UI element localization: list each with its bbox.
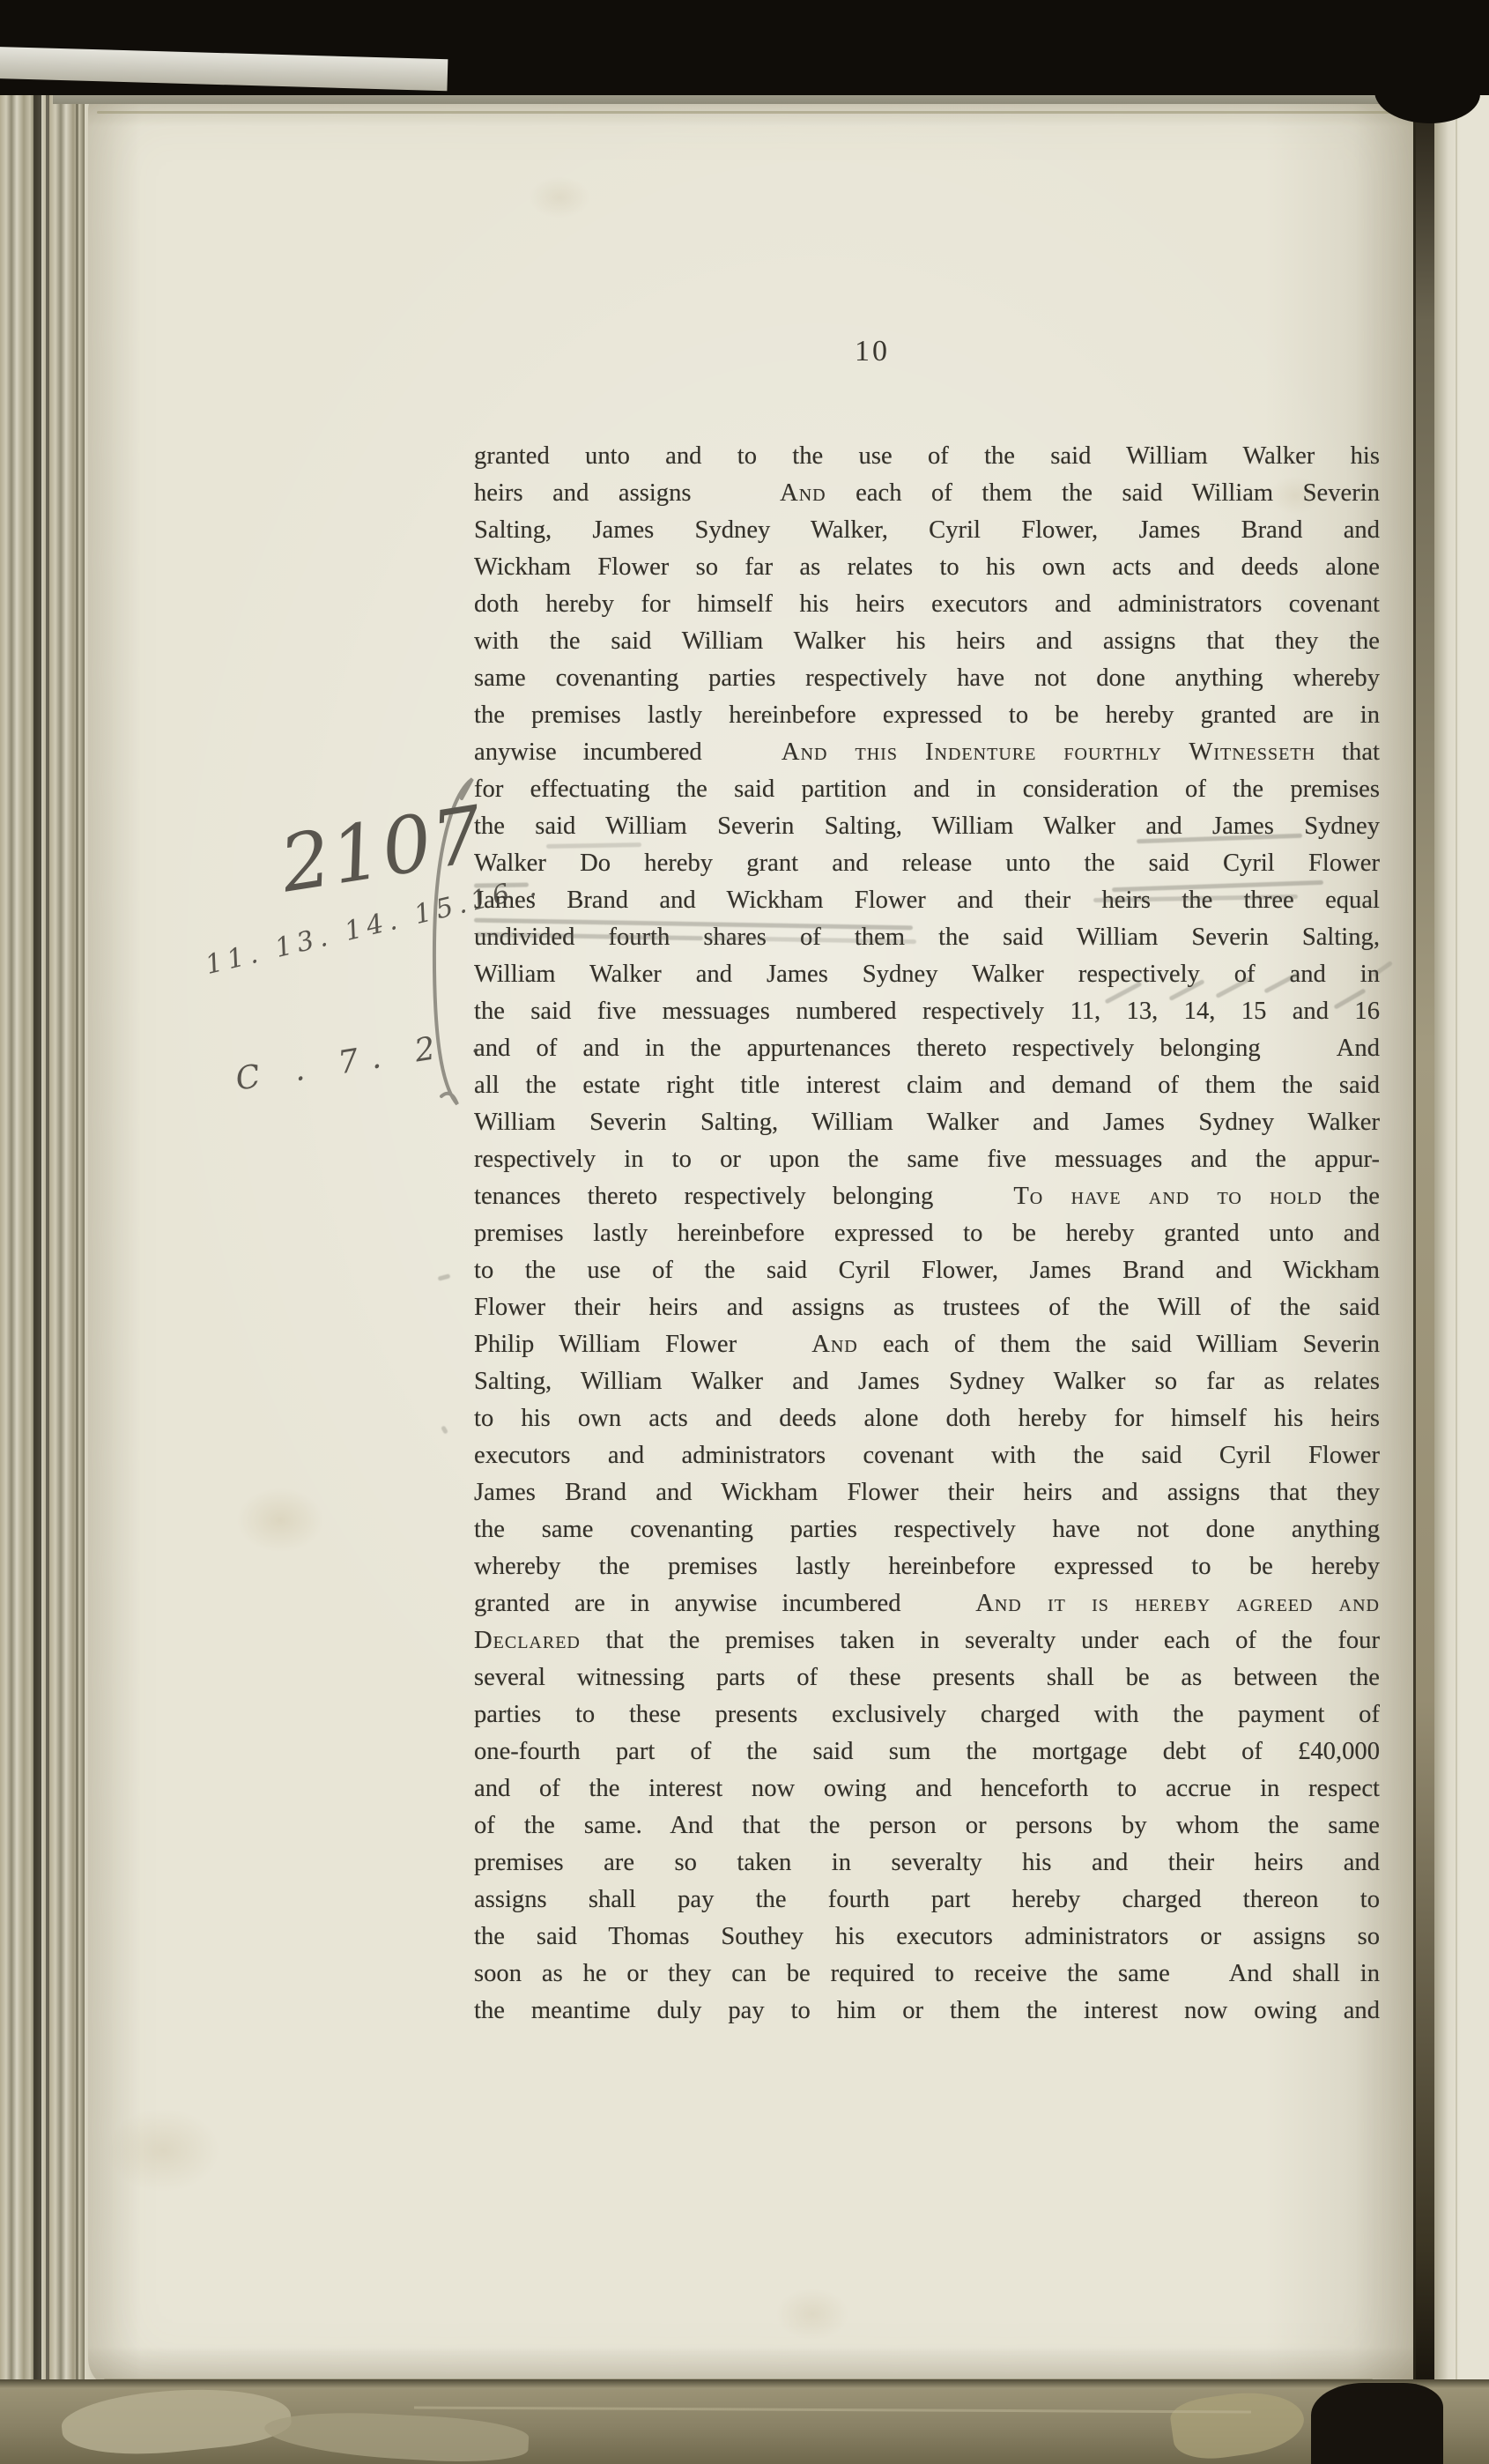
text-segment: Salting, William Walker and James Sydney… <box>474 1368 1380 1395</box>
text-segment: granted are in anywise incumbered <box>474 1590 975 1617</box>
text-segment: anywise incumbered <box>474 738 782 766</box>
text-line: and of and in the appurtenances thereto … <box>474 1030 1380 1067</box>
text-line: Salting, James Sydney Walker, Cyril Flow… <box>474 512 1380 549</box>
text-segment: the said Thomas Southey his executors ad… <box>474 1923 1380 1950</box>
facing-page-edge <box>1434 93 1489 2393</box>
text-segment: each of them the said William Severin <box>826 479 1380 507</box>
text-segment: all the estate right title interest clai… <box>474 1072 1380 1099</box>
text-segment: that the premises taken in severalty und… <box>581 1627 1380 1654</box>
text-line: granted unto and to the use of the said … <box>474 438 1380 475</box>
text-line: for effectuating the said partition and … <box>474 771 1380 808</box>
text-line: anywise incumbered And this Indenture fo… <box>474 734 1380 771</box>
text-line: Philip William Flower And each of them t… <box>474 1326 1380 1363</box>
page-edge-shadow-line <box>33 51 41 2413</box>
page-edge-shadow-line <box>76 51 78 2413</box>
text-line: Flower their heirs and assigns as truste… <box>474 1289 1380 1326</box>
text-line: Wickham Flower so far as relates to his … <box>474 549 1380 586</box>
text-line: Walker Do hereby grant and release unto … <box>474 845 1380 882</box>
scanned-book-photo: 10 granted unto and to the use of the sa… <box>0 0 1489 2464</box>
smallcaps-phrase: And it is hereby agreed and <box>975 1590 1380 1617</box>
text-segment: granted unto and to the use of the said … <box>474 442 1380 470</box>
text-segment: each of them the said William Severin <box>858 1331 1380 1358</box>
text-segment: the same covenanting parties respectivel… <box>474 1516 1380 1543</box>
text-line: granted are in anywise incumbered And it… <box>474 1585 1380 1622</box>
text-line: executors and administrators covenant wi… <box>474 1437 1380 1474</box>
page-top-edge-seam <box>97 111 1401 114</box>
dark-backdrop-curve <box>1374 62 1480 123</box>
text-segment: respectively in to or upon the same five… <box>474 1146 1380 1173</box>
text-line: with the said William Walker his heirs a… <box>474 623 1380 660</box>
smallcaps-phrase: And <box>811 1331 858 1358</box>
book-gutter-shadow <box>1413 92 1437 2388</box>
text-line: to his own acts and deeds alone doth her… <box>474 1400 1380 1437</box>
text-segment: the <box>1322 1183 1380 1210</box>
text-segment: and of and in the appurtenances thereto … <box>474 1035 1380 1062</box>
text-line: to the use of the said Cyril Flower, Jam… <box>474 1252 1380 1289</box>
text-segment: the premises lastly hereinbefore express… <box>474 701 1380 729</box>
text-segment: doth hereby for himself his heirs execut… <box>474 590 1380 618</box>
text-line: Salting, William Walker and James Sydney… <box>474 1363 1380 1400</box>
text-line: the same covenanting parties respectivel… <box>474 1511 1380 1548</box>
page-edge-shadow-line <box>46 51 49 2413</box>
text-line: William Walker and James Sydney Walker r… <box>474 956 1380 993</box>
text-line: of the same. And that the person or pers… <box>474 1807 1380 1844</box>
text-line: same covenanting parties respectively ha… <box>474 660 1380 697</box>
facing-page-edge-line <box>1456 93 1457 2393</box>
text-segment: with the said William Walker his heirs a… <box>474 627 1380 655</box>
text-segment: for effectuating the said partition and … <box>474 776 1380 803</box>
text-segment: the said five messuages numbered respect… <box>474 998 1380 1025</box>
text-segment: Salting, James Sydney Walker, Cyril Flow… <box>474 516 1380 544</box>
left-page-edge-stack <box>0 51 99 2413</box>
text-segment: heirs and assigns <box>474 479 780 507</box>
text-segment: William Severin Salting, William Walker … <box>474 1109 1380 1136</box>
text-line: parties to these presents exclusively ch… <box>474 1696 1380 1733</box>
text-segment: to his own acts and deeds alone doth her… <box>474 1405 1380 1432</box>
text-segment: of the same. And that the person or pers… <box>474 1812 1380 1839</box>
text-segment: executors and administrators covenant wi… <box>474 1442 1380 1469</box>
text-segment: parties to these presents exclusively ch… <box>474 1701 1380 1728</box>
text-segment: premises lastly hereinbefore expressed t… <box>474 1220 1380 1247</box>
text-line: several witnessing parts of these presen… <box>474 1659 1380 1696</box>
text-segment: premises are so taken in severalty his a… <box>474 1849 1380 1876</box>
text-segment: one-fourth part of the said sum the mort… <box>474 1738 1380 1765</box>
text-segment: Wickham Flower so far as relates to his … <box>474 553 1380 581</box>
text-segment: the meantime duly pay to him or them the… <box>474 1997 1380 2024</box>
text-segment: whereby the premises lastly hereinbefore… <box>474 1553 1380 1580</box>
text-segment: Flower their heirs and assigns as truste… <box>474 1294 1380 1321</box>
page-number: 10 <box>819 335 925 368</box>
smallcaps-phrase: Declared <box>474 1627 581 1654</box>
text-line: James Brand and Wickham Flower their hei… <box>474 1474 1380 1511</box>
text-line: Declared that the premises taken in seve… <box>474 1622 1380 1659</box>
text-line: the said Thomas Southey his executors ad… <box>474 1919 1380 1956</box>
text-segment: same covenanting parties respectively ha… <box>474 664 1380 692</box>
text-line: the meantime duly pay to him or them the… <box>474 1993 1380 2030</box>
smallcaps-phrase: To have and to hold <box>1013 1183 1322 1210</box>
smallcaps-phrase: And <box>780 479 826 507</box>
text-segment: that <box>1315 738 1380 766</box>
text-line: premises lastly hereinbefore expressed t… <box>474 1215 1380 1252</box>
shadow-gap <box>1311 2383 1443 2464</box>
text-segment: assigns shall pay the fourth part hereby… <box>474 1886 1380 1913</box>
text-line: and of the interest now owing and hencef… <box>474 1770 1380 1807</box>
text-line: whereby the premises lastly hereinbefore… <box>474 1548 1380 1585</box>
text-line: tenances thereto respectively belonging … <box>474 1178 1380 1215</box>
text-segment: to the use of the said Cyril Flower, Jam… <box>474 1257 1380 1284</box>
text-line: premises are so taken in severalty his a… <box>474 1844 1380 1881</box>
text-line: heirs and assigns And each of them the s… <box>474 475 1380 512</box>
text-segment: several witnessing parts of these presen… <box>474 1664 1380 1691</box>
text-line: assigns shall pay the fourth part hereby… <box>474 1881 1380 1919</box>
text-line: all the estate right title interest clai… <box>474 1067 1380 1104</box>
text-segment: James Brand and Wickham Flower and their… <box>474 887 1380 914</box>
text-segment: tenances thereto respectively belonging <box>474 1183 1013 1210</box>
text-line: William Severin Salting, William Walker … <box>474 1104 1380 1141</box>
text-line: James Brand and Wickham Flower and their… <box>474 882 1380 919</box>
text-segment: Walker Do hereby grant and release unto … <box>474 850 1380 877</box>
text-segment: James Brand and Wickham Flower their hei… <box>474 1479 1380 1506</box>
text-line: doth hereby for himself his heirs execut… <box>474 586 1380 623</box>
text-segment: soon as he or they can be required to re… <box>474 1960 1380 1987</box>
text-line: the premises lastly hereinbefore express… <box>474 697 1380 734</box>
smallcaps-phrase: And this Indenture fourthly Witnesseth <box>782 738 1315 766</box>
text-line: respectively in to or upon the same five… <box>474 1141 1380 1178</box>
body-text: granted unto and to the use of the said … <box>474 438 1380 2030</box>
text-segment: and of the interest now owing and hencef… <box>474 1775 1380 1802</box>
text-line: one-fourth part of the said sum the mort… <box>474 1733 1380 1770</box>
text-line: soon as he or they can be required to re… <box>474 1956 1380 1993</box>
text-segment: Philip William Flower <box>474 1331 811 1358</box>
text-line: the said five messuages numbered respect… <box>474 993 1380 1030</box>
